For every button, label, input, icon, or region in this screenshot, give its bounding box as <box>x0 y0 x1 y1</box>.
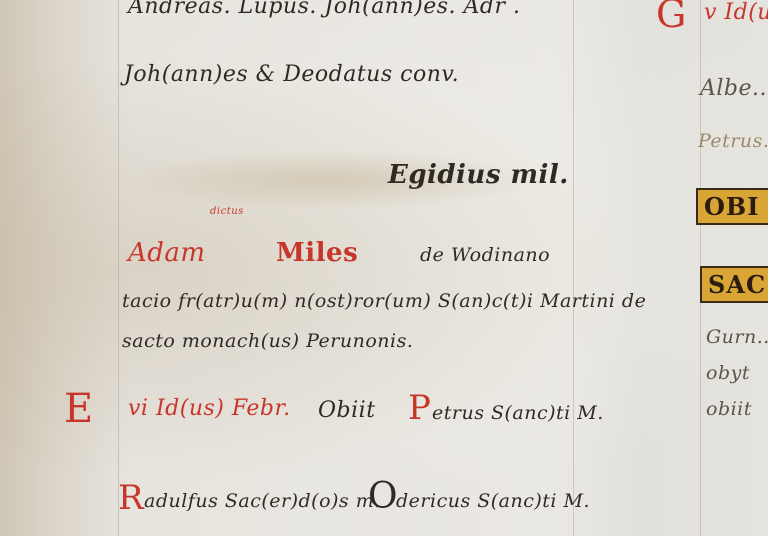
rubric-name: Miles <box>276 238 358 268</box>
text-line: Gurn... <box>706 326 768 348</box>
calendar-letter: E <box>64 386 94 432</box>
rubric-date: vi Id(us) Febr. <box>128 396 291 421</box>
text-line: de Wodinano <box>420 244 550 266</box>
text-line: obiit <box>706 398 752 420</box>
text-line: tacio fr(atr)u(m) n(ost)ror(um) S(an)c(t… <box>122 290 646 312</box>
gilded-rubric-box: OBI <box>696 188 768 225</box>
calendar-letter: G <box>656 0 687 36</box>
obit-word: Obiit <box>318 398 376 423</box>
text-line: Petrus... <box>698 130 768 152</box>
gilded-rubric-box: SAC <box>700 266 768 303</box>
text-line: etrus S(anc)ti M. <box>432 402 604 424</box>
text-line: dericus S(anc)ti M. <box>396 490 590 512</box>
text-line: adulfus Sac(er)d(o)s m. <box>144 490 381 512</box>
text-line: sacto monach(us) Perunonis. <box>122 330 413 352</box>
text-line: Andreas. Lupus. Joh(ann)es. Adr . <box>128 0 521 19</box>
ruling-line <box>573 0 574 536</box>
text-line: Egidius mil. <box>388 160 569 190</box>
text-line: Albe... <box>700 76 768 101</box>
manuscript-page: Andreas. Lupus. Joh(ann)es. Adr . Joh(an… <box>0 0 768 536</box>
text-line: Joh(ann)es & Deodatus conv. <box>124 62 459 87</box>
superscript-gloss: dictus <box>210 206 244 217</box>
rubric-initial: R <box>118 478 144 518</box>
ruling-line <box>118 0 119 536</box>
rubric-name: Adam <box>128 238 206 268</box>
rubric-initial: P <box>408 388 431 428</box>
rubric-date: v Id(us) <box>704 0 768 25</box>
text-line: obyt <box>706 362 750 384</box>
initial: O <box>368 476 398 517</box>
